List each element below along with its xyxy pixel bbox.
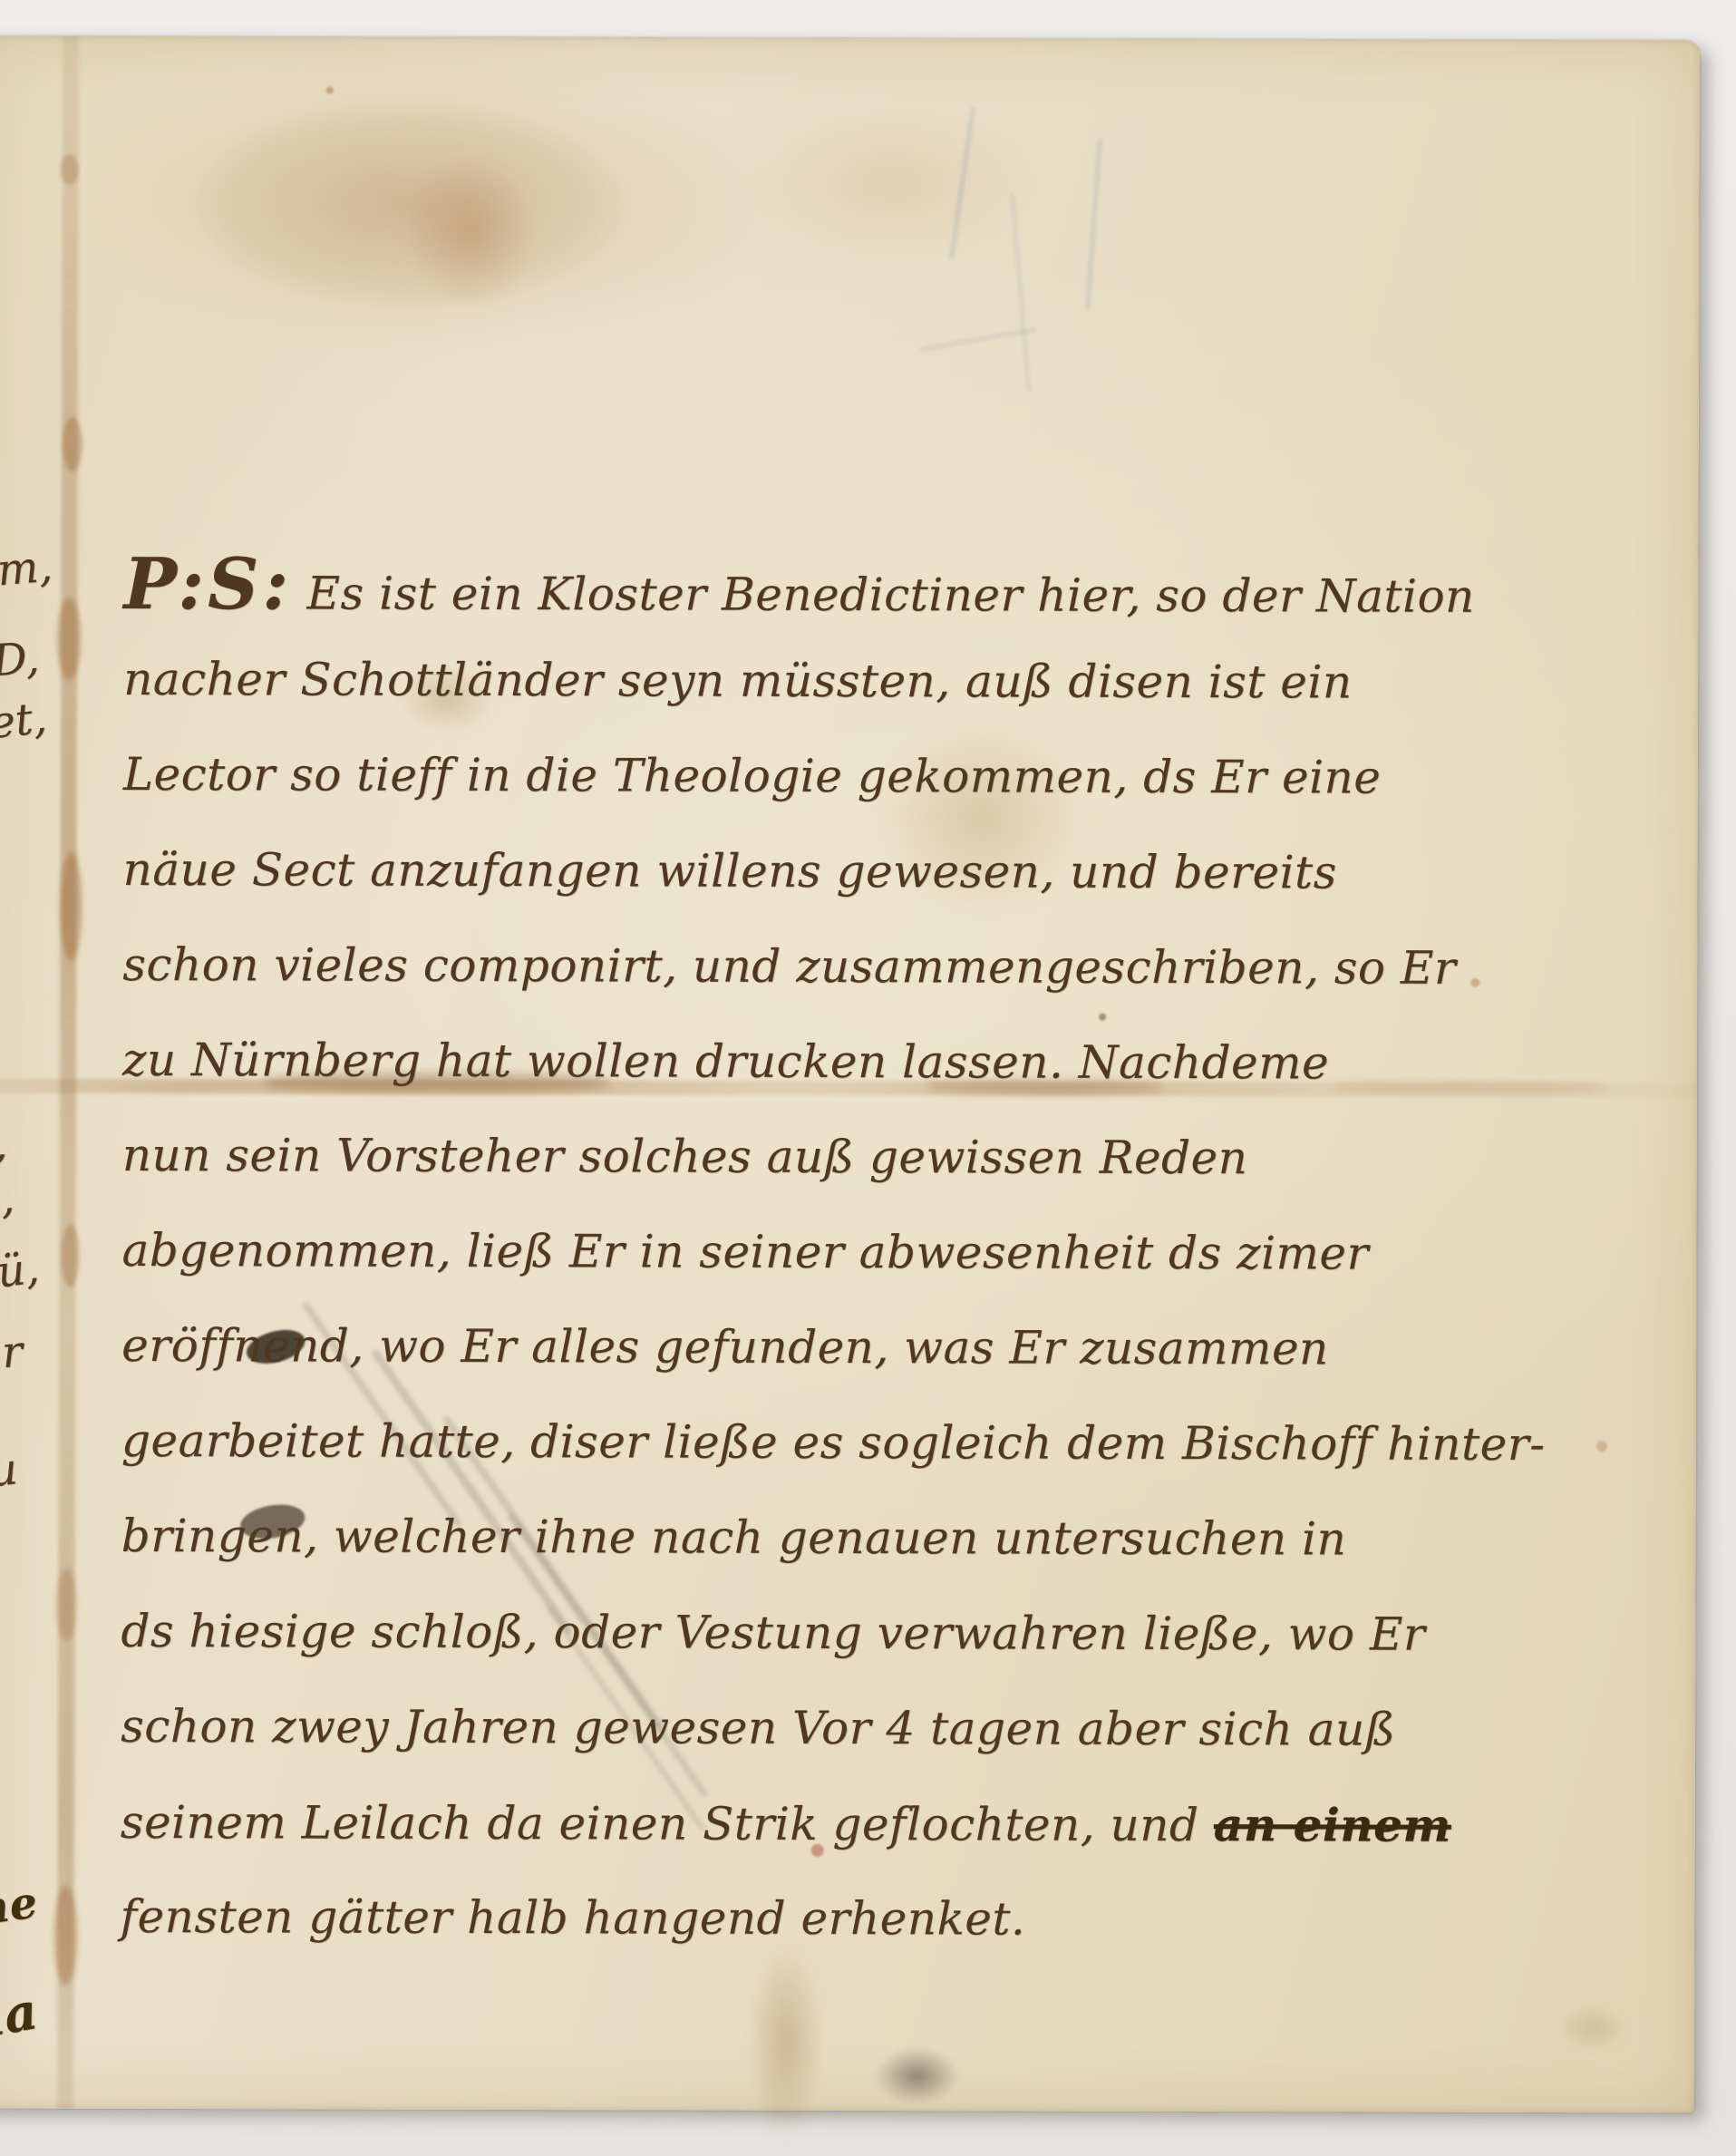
stain bbox=[1554, 2003, 1631, 2053]
stain bbox=[326, 87, 334, 94]
letter-line: P:S: Es ist ein Kloster Benedictiner hie… bbox=[123, 537, 1655, 636]
letter-line: schon zwey Jahren gewesen Vor 4 tagen ab… bbox=[121, 1679, 1653, 1778]
letter-line-text: seinem Leilach da einen Strik geflochten… bbox=[121, 1796, 1214, 1851]
letter-line: ds hiesige schloß, oder Vestung verwahre… bbox=[121, 1584, 1653, 1683]
paper-sheet: im, D, iet, f „ ), zü, ur lu he ia P:S: … bbox=[0, 36, 1700, 2113]
left-edge-fragment: iet, bbox=[0, 693, 49, 751]
left-edge-fragment: „ bbox=[0, 1120, 8, 1170]
left-edge-fragment: ur bbox=[0, 1326, 24, 1380]
letter-line: Lector so tieff in die Theologie gekomme… bbox=[123, 727, 1655, 826]
letter-line: schon vieles componirt, und zusammengesc… bbox=[122, 918, 1654, 1016]
stain bbox=[402, 155, 538, 309]
stain bbox=[874, 2046, 960, 2105]
letter-line: nacher Schottländer seyn müssten, auß di… bbox=[123, 632, 1655, 731]
stain bbox=[747, 1942, 825, 2141]
ink-showthrough bbox=[920, 327, 1037, 351]
ink-showthrough bbox=[1086, 139, 1102, 311]
left-edge-fragment: ), bbox=[0, 1172, 16, 1226]
crease-stain bbox=[61, 1224, 79, 1287]
letter-text-block: P:S: Es ist ein Kloster Benedictiner hie… bbox=[120, 537, 1655, 1968]
postscript-marker: P:S: bbox=[123, 543, 292, 626]
letter-line-text: Es ist ein Kloster Benedictiner hier, so… bbox=[307, 567, 1475, 622]
letter-line: seinem Leilach da einen Strik geflochten… bbox=[121, 1774, 1653, 1873]
letter-line: gearbeitet hatte, diser ließe es sogleic… bbox=[121, 1394, 1654, 1492]
manuscript-photo: im, D, iet, f „ ), zü, ur lu he ia P:S: … bbox=[0, 0, 1736, 2156]
left-edge-fragment: im, bbox=[0, 541, 54, 597]
vertical-fold-crease bbox=[57, 36, 79, 2109]
stain bbox=[747, 106, 1037, 261]
left-edge-fragment: zü, bbox=[0, 1243, 42, 1301]
crease-stain bbox=[53, 1886, 77, 1986]
letter-line: bringen, welcher ihne nach genauen unter… bbox=[121, 1489, 1654, 1588]
letter-line: nun sein Vorsteher solches auß gewissen … bbox=[122, 1108, 1654, 1207]
crease-stain bbox=[61, 154, 79, 185]
left-edge-fragment: ia bbox=[0, 1981, 42, 2049]
letter-line: abgenommen, ließ Er in seiner abwesenhei… bbox=[121, 1203, 1654, 1302]
left-edge-fragment: lu bbox=[0, 1443, 20, 1498]
letter-line: zu Nürnberg hat wollen drucken lassen. N… bbox=[122, 1013, 1654, 1112]
left-edge-fragment: he bbox=[0, 1877, 41, 1935]
letter-line: eröffnend, wo Er alles gefunden, was Er … bbox=[121, 1298, 1654, 1397]
crease-stain bbox=[63, 417, 82, 471]
left-edge-fragment: D, bbox=[0, 633, 41, 686]
crease-stain bbox=[57, 598, 81, 680]
struck-out-text: an einem bbox=[1214, 1798, 1451, 1852]
crease-stain bbox=[56, 1568, 76, 1641]
ink-showthrough bbox=[1011, 193, 1031, 392]
crease-stain bbox=[60, 852, 82, 961]
letter-line: näue Sect anzufangen willens gewesen, un… bbox=[122, 822, 1654, 921]
letter-line: fensten gätter halb hangend erhenket. bbox=[120, 1870, 1652, 1968]
